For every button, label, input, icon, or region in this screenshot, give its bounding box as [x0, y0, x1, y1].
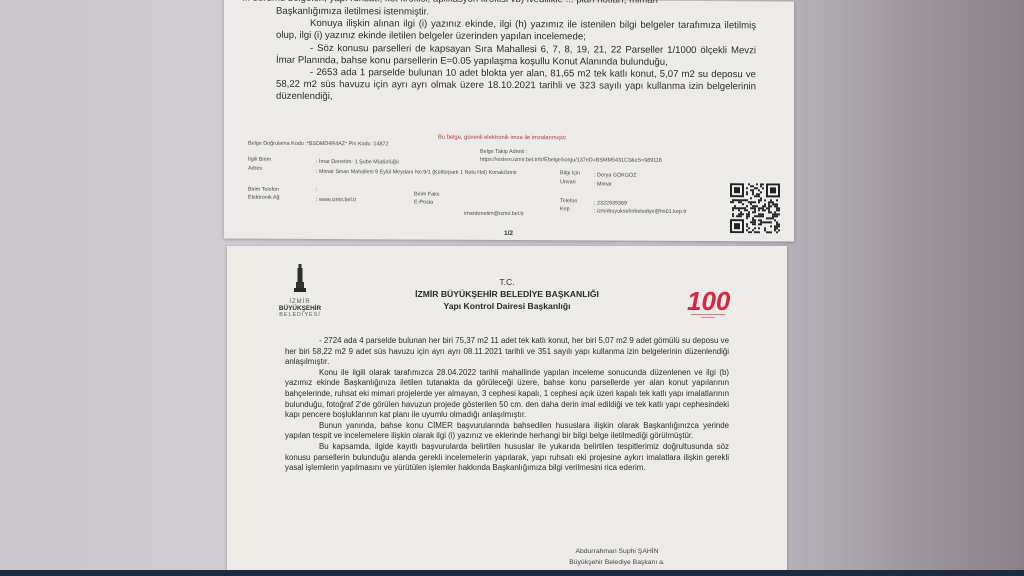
kep-value: : izmirbuyuksehirbelediye@hs01.kep.tr — [594, 208, 687, 214]
adres-label: Adres — [248, 166, 262, 172]
paragraph: - 2653 ada 1 parselde bulunan 10 adet bl… — [276, 67, 756, 106]
header-tc: T.C. — [377, 276, 637, 288]
birim-telefon-label: Birim Telefon — [248, 187, 279, 193]
logo-line-2: BÜYÜKŞEHİR — [275, 305, 325, 312]
kep-label: Kep — [560, 206, 570, 212]
document-header: T.C. İZMİR BÜYÜKŞEHİR BELEDİYE BAŞKANLIĞ… — [377, 276, 637, 312]
unvan-value: : Mimar — [594, 181, 612, 187]
adres-value: : Mimar Sinan Mahallesi 9 Eylül Meydanı … — [316, 168, 546, 177]
document-page-2: İZMİR BÜYÜKŞEHİR BELEDİYESİ T.C. İZMİR B… — [227, 246, 787, 576]
page2-body: - 2724 ada 4 parselde bulunan her biri 7… — [285, 336, 729, 474]
elektronik-ag-value[interactable]: : www.izmir.bel.tr — [316, 197, 356, 203]
telefon-value: : 2322939369 — [594, 200, 627, 206]
izmir-municipality-logo: İZMİR BÜYÜKŞEHİR BELEDİYESİ — [275, 264, 325, 318]
elektronik-ag-label: Elektronik Ağ — [248, 195, 279, 201]
bilgi-icin-label: Bilgi İçin — [560, 170, 580, 176]
header-municipality: İZMİR BÜYÜKŞEHİR BELEDİYE BAŞKANLIĞI — [377, 288, 637, 300]
pdf-viewer[interactable]: ... durumu belgeleri, yapı ruhsatı, kot … — [0, 0, 1024, 570]
unvan-label: Unvan — [560, 179, 576, 185]
document-page-1: ... durumu belgeleri, yapı ruhsatı, kot … — [224, 0, 794, 241]
telefon-label: Telefon — [560, 198, 577, 204]
clock-tower-icon — [293, 264, 307, 294]
signature-block: Abdurrahman Suphi ŞAHİN Büyükşehir Beled… — [547, 546, 687, 568]
taskbar — [0, 570, 1024, 576]
birim-telefon-value: : — [316, 187, 318, 193]
header-department: Yapı Kontrol Dairesi Başkanlığı — [377, 300, 637, 312]
paragraph: Bu kapsamda, ilgide kayıtlı başvurularda… — [285, 442, 729, 474]
page1-body: Başkanlığımıza iletilmesi istenmiştir.Ko… — [276, 6, 756, 106]
paragraph: Konuya ilişkin alınan ilgi (i) yazınız e… — [276, 18, 756, 45]
qr-code-icon — [730, 183, 780, 233]
tracking-label: Belge Takip Adresi : — [480, 149, 527, 155]
centennial-logo: 100 — [687, 286, 731, 325]
bilgi-icin-value: : Derya GÖKGÖZ — [594, 172, 637, 178]
birim-faks-label: Birim Faks — [414, 192, 439, 198]
ilgili-birim-label: İlgili Birim — [248, 157, 271, 163]
esign-note: Bu belge, güvenli elektronik imza ile im… — [438, 135, 568, 142]
page-indicator: 1/2 — [504, 230, 513, 237]
paragraph: - Söz konusu parselleri de kapsayan Sıra… — [276, 42, 756, 69]
tracking-url[interactable]: https://eislem.izmir.bel.tr/tr/EbelgeSor… — [480, 157, 662, 164]
signatory-name: Abdurrahman Suphi ŞAHİN — [547, 546, 687, 557]
eposta-label: E-Posta — [414, 200, 433, 206]
svg-text:100: 100 — [687, 286, 731, 316]
paragraph: Bunun yanında, bahse konu CİMER başvurul… — [285, 421, 729, 442]
logo-line-3: BELEDİYESİ — [275, 312, 325, 318]
100-year-emblem-icon: 100 — [687, 286, 731, 320]
verification-code: Belge Doğrulama Kodu :*BSDMD4R4AZ* Pin K… — [248, 141, 389, 148]
paragraph: Konu ile ilgili olarak tarafımızca 28.04… — [285, 368, 729, 421]
eposta-value[interactable]: imardenetim@izmir.bel.tr — [464, 211, 524, 217]
paragraph: - 2724 ada 4 parselde bulunan her biri 7… — [285, 336, 729, 368]
ilgili-birim-value: : İmar Denetim- 1 Şube Müdürlüğü — [316, 159, 399, 165]
signatory-title: Büyükşehir Belediye Başkanı a. — [547, 557, 687, 568]
